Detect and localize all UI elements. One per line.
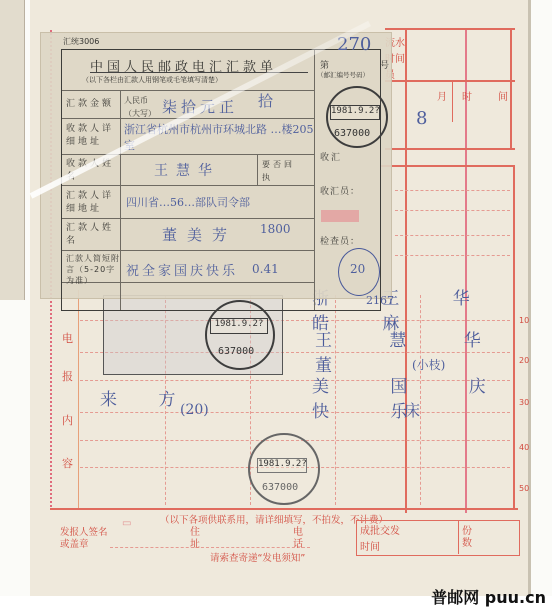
label-sender-address: 汇款人详细地址	[66, 190, 118, 216]
scale-mark: 50	[519, 484, 529, 493]
site-watermark: 普邮网 puu.cn	[431, 585, 546, 608]
receipt-frame: 中国人民邮政电汇汇款单 （以下各栏由汇款人用钢笔或毛笔填写清楚） 第 号 （邮汇…	[61, 49, 381, 311]
red-ink-stamp	[321, 210, 359, 222]
postmark-center-date: 1981.9.2?	[210, 318, 268, 334]
minute-label: 间	[498, 88, 508, 103]
message-extra: 0.41	[252, 262, 279, 276]
sender-address-value: 四川省…56…部队司令部	[126, 194, 250, 210]
postmark-center-code: 637000	[218, 346, 254, 357]
hour-label: 时	[462, 88, 472, 103]
postmark-lower-code: 637000	[262, 482, 298, 493]
count-label: 份数	[462, 526, 474, 550]
pencil-writing: 来 方	[100, 385, 193, 410]
number-note: （邮汇编号号码）	[317, 70, 369, 79]
message-value: 祝全家国庆快乐	[126, 260, 238, 279]
phone-label: 电话	[293, 527, 305, 551]
message-side-label-3: 内	[62, 412, 73, 428]
batch-label: 成批交发	[360, 526, 408, 538]
circled-number: 20	[350, 262, 365, 276]
receipt-postmark-date: 1981.9.2?	[330, 105, 380, 120]
amount-extra: 拾	[258, 90, 273, 111]
label-amount: 汇款金额	[66, 98, 114, 111]
payee-address-value: 浙江省杭州市杭州市环城北路 …楼205室	[124, 122, 314, 154]
address-label: 住址	[190, 527, 202, 551]
footer-note: （以下各项供联系用，请详细填写，不拍发，不计费）	[160, 512, 388, 526]
reminder-note: 请索查寄递“发电须知”	[210, 550, 305, 564]
blue-mark: 8	[416, 108, 427, 129]
faded-red-stamp: ▭	[122, 518, 131, 529]
date-label: 月	[437, 88, 447, 103]
receipt-subtitle: （以下各栏由汇款人用钢笔或毛笔填写清楚）	[82, 75, 222, 85]
number-unit: 号	[380, 58, 389, 71]
label-message: 汇款人简短附言（5-20字为准）	[66, 253, 120, 286]
label-payee-address: 收款人详细地址	[66, 123, 118, 149]
receiving-clerk-label: 收汇员：	[320, 186, 360, 199]
inserted-char: 床	[404, 398, 420, 421]
scale-mark: 40	[519, 443, 529, 452]
sender-sign-label: 发报人签名或盖章	[60, 527, 108, 551]
sender-name-extra: 1800	[260, 222, 291, 236]
inspector-label: 检查员：	[320, 236, 360, 249]
side-note: 2167	[366, 294, 394, 307]
form-code: 汇统3006	[63, 36, 99, 47]
remittance-receipt: 汇统3006 中国人民邮政电汇汇款单 （以下各栏由汇款人用钢笔或毛笔填写清楚） …	[40, 32, 392, 299]
message-side-label-2: 报	[62, 368, 73, 384]
postmark-lower-date: 1981.9.2?	[257, 458, 307, 473]
receiving-office-label: 收汇	[320, 152, 342, 165]
message-line-3: 美 国 庆 快 乐	[312, 372, 552, 422]
reply-required-label: 要否回执	[262, 158, 302, 184]
label-sender-name: 汇款人姓名	[66, 222, 118, 248]
inserted-note: (小枝)	[412, 356, 445, 373]
payee-name-value: 王慧华	[154, 160, 220, 180]
batch-time-label: 时间	[360, 538, 380, 553]
sender-name-value: 董美芳	[162, 224, 237, 245]
label-rmb: 人民币（大写）	[124, 94, 156, 120]
receipt-postmark-code: 637000	[334, 128, 370, 139]
message-side-label-1: 电	[62, 330, 73, 346]
message-side-label-4: 容	[62, 455, 73, 471]
